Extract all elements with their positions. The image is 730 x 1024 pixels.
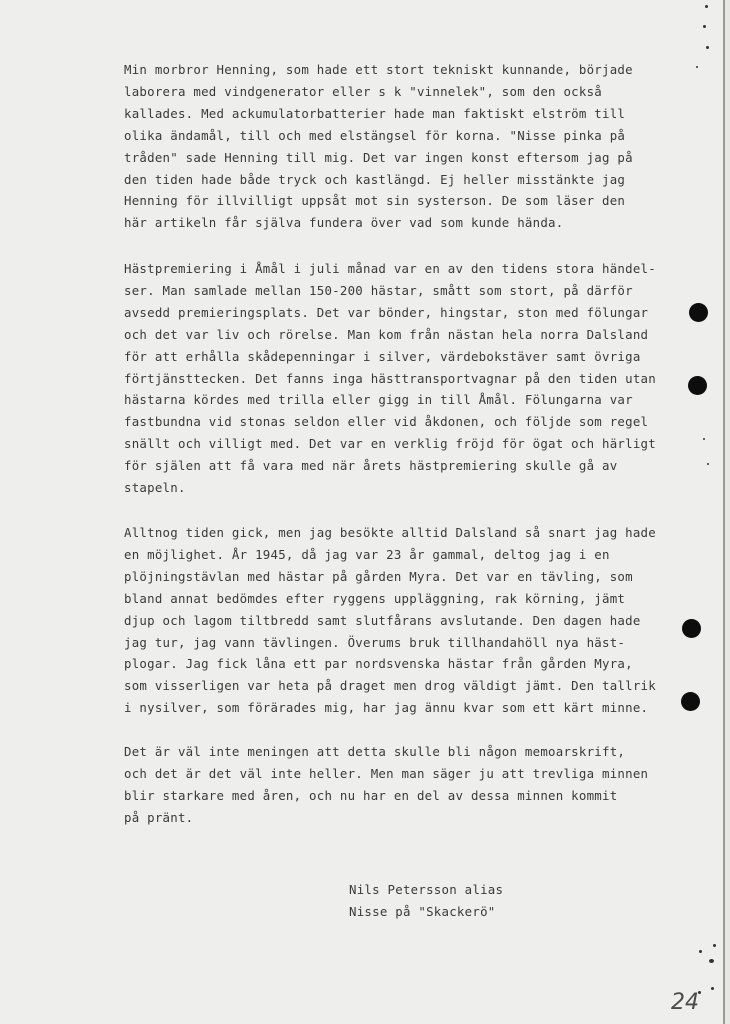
text-line: den tiden hade både tryck och kastlängd.… [124,169,633,191]
text-line: laborera med vindgenerator eller s k "vi… [124,81,633,103]
text-line: stapeln. [124,477,656,499]
paragraph-4: Det är väl inte meningen att detta skull… [124,741,648,829]
page-number: 24 [671,990,699,1015]
text-line: plöjningstävlan med hästar på gården Myr… [124,566,656,588]
text-line: en möjlighet. År 1945, då jag var 23 år … [124,544,656,566]
text-line: djup och lagom tiltbredd samt slutfårans… [124,610,656,632]
signature-alias: Nisse på "Skackerö" [349,901,503,923]
text-line: Hästpremiering i Åmål i juli månad var e… [124,258,656,280]
text-line: jag tur, jag vann tävlingen. Överums bru… [124,632,656,654]
text-line: olika ändamål, till och med elstängsel f… [124,125,633,147]
paragraph-1: Min morbror Henning, som hade ett stort … [124,59,633,234]
text-line: plogar. Jag fick låna ett par nordsvensk… [124,653,656,675]
punch-hole-icon [688,376,707,395]
text-line: i nysilver, som förärades mig, har jag ä… [124,697,656,719]
text-line: hästarna kördes med trilla eller gigg in… [124,389,656,411]
paragraph-2: Hästpremiering i Åmål i juli månad var e… [124,258,656,499]
speck-mark [699,950,702,953]
text-line: Min morbror Henning, som hade ett stort … [124,59,633,81]
text-line: för själen att få vara med när årets häs… [124,455,656,477]
speck-mark [707,463,709,465]
text-line: blir starkare med åren, och nu har en de… [124,785,648,807]
text-line: ser. Man samlade mellan 150-200 hästar, … [124,280,656,302]
text-line: Alltnog tiden gick, men jag besökte allt… [124,522,656,544]
text-line: förtjänsttecken. Det fanns inga hästtran… [124,368,656,390]
text-line: för att erhålla skådepenningar i silver,… [124,346,656,368]
punch-hole-icon [681,692,700,711]
text-line: snällt och villigt med. Det var en verkl… [124,433,656,455]
punch-hole-icon [689,303,708,322]
speck-mark [705,5,708,8]
punch-hole-icon [682,619,701,638]
speck-mark [709,959,714,963]
text-line: här artikeln får själva fundera över vad… [124,212,633,234]
text-line: kallades. Med ackumulatorbatterier hade … [124,103,633,125]
text-line: avsedd premieringsplats. Det var bönder,… [124,302,656,324]
signature-name: Nils Petersson alias [349,879,503,901]
text-line: och det är det väl inte heller. Men man … [124,763,648,785]
speck-mark [698,991,701,994]
speck-mark [703,25,706,28]
text-line: och det var liv och rörelse. Man kom frå… [124,324,656,346]
page-edge-shadow [725,0,730,1024]
text-line: som visserligen var heta på draget men d… [124,675,656,697]
text-line: tråden" sade Henning till mig. Det var i… [124,147,633,169]
speck-mark [713,944,716,947]
speck-mark [703,438,705,440]
paragraph-3: Alltnog tiden gick, men jag besökte allt… [124,522,656,719]
speck-mark [706,46,709,49]
signature: Nils Petersson aliasNisse på "Skackerö" [349,879,503,923]
text-line: fastbundna vid stonas seldon eller vid å… [124,411,656,433]
text-line: på pränt. [124,807,648,829]
speck-mark [696,66,698,68]
text-line: Henning för illvilligt uppsåt mot sin sy… [124,190,633,212]
text-line: Det är väl inte meningen att detta skull… [124,741,648,763]
document-page: Min morbror Henning, som hade ett stort … [0,0,724,1024]
text-line: bland annat bedömdes efter ryggens upplä… [124,588,656,610]
speck-mark [711,987,714,990]
